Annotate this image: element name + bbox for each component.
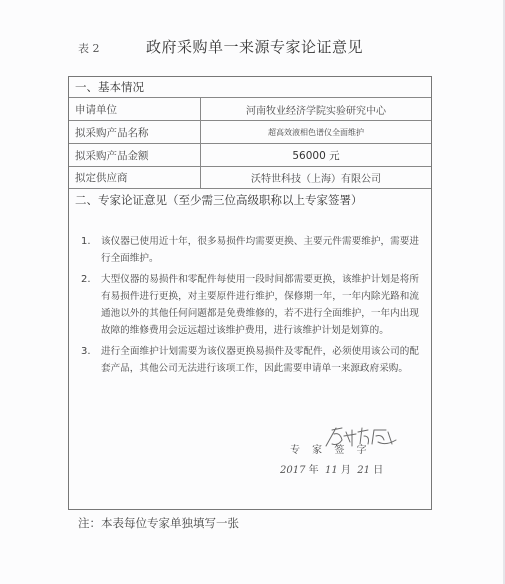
opinion-item: 3. 进行全面维护计划需要为该仪器更换易损件及零配件，必须使用该公司的配套产品，… xyxy=(81,343,419,377)
table-label: 表 2 xyxy=(78,40,100,56)
row-supplier: 拟定供应商 沃特世科技（上海）有限公司 xyxy=(69,167,431,189)
date-year: 2017 xyxy=(280,465,305,476)
row-amount: 拟采购产品金额 56000 元 xyxy=(69,144,431,167)
product-name-label: 拟采购产品名称 xyxy=(69,121,201,143)
date-month: 11 xyxy=(325,465,338,476)
opinion-text: 该仪器已使用近十年，很多易损件均需要更换、主要元件需要维护，需要进行全面维护。 xyxy=(101,236,419,264)
opinion-list: 1. 该仪器已使用近十年，很多易损件均需要更换、主要元件需要维护，需要进行全面维… xyxy=(81,233,419,381)
opinion-number: 2. xyxy=(81,271,91,288)
supplier-value: 沃特世科技（上海）有限公司 xyxy=(201,167,431,188)
date-day: 21 xyxy=(357,465,370,476)
date-year-unit: 年 xyxy=(309,465,319,476)
section-expert-opinion-heading: 二、专家论证意见（至少需三位高级职称以上专家签署） xyxy=(69,190,431,212)
opinion-text: 大型仪器的易损件和零配件每使用一段时间都需要更换，该维护计划是将所有易损件进行更… xyxy=(101,274,419,336)
section-basic-info-heading: 一、基本情况 xyxy=(69,77,431,98)
opinion-item: 2. 大型仪器的易损件和零配件每使用一段时间都需要更换，该维护计划是将所有易损件… xyxy=(81,271,419,339)
document-title: 政府采购单一来源专家论证意见 xyxy=(146,36,363,57)
opinion-number: 3. xyxy=(81,343,91,360)
product-name-value: 超高效液相色谱仪全面维护 xyxy=(201,121,431,143)
supplier-label: 拟定供应商 xyxy=(69,167,201,188)
applicant-value: 河南牧业经济学院实验研究中心 xyxy=(201,98,431,120)
opinion-number: 1. xyxy=(81,233,91,250)
amount-label: 拟采购产品金额 xyxy=(69,144,201,166)
row-product-name: 拟采购产品名称 超高效液相色谱仪全面维护 xyxy=(69,121,431,144)
applicant-label: 申请单位 xyxy=(69,98,201,120)
opinion-item: 1. 该仪器已使用近十年，很多易损件均需要更换、主要元件需要维护，需要进行全面维… xyxy=(81,233,419,267)
date-month-unit: 月 xyxy=(341,465,351,476)
date-day-unit: 日 xyxy=(373,465,383,476)
amount-value: 56000 元 xyxy=(201,144,431,166)
signature-date: 2017 年 11 月 21 日 xyxy=(280,461,383,476)
row-applicant: 申请单位 河南牧业经济学院实验研究中心 xyxy=(69,98,431,121)
expert-signature-label: 专 家 签 字 xyxy=(290,441,367,456)
opinion-text: 进行全面维护计划需要为该仪器更换易损件及零配件，必须使用该公司的配套产品，其他公… xyxy=(101,346,419,374)
footer-note: 注：本表每位专家单独填写一张 xyxy=(78,515,239,531)
